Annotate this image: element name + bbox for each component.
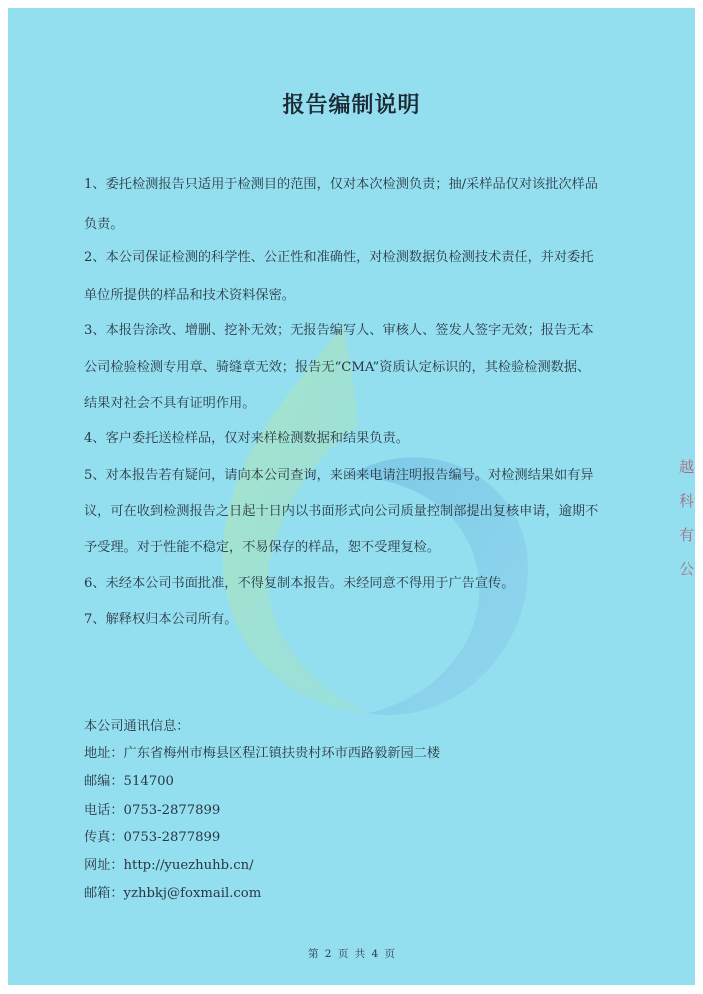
red-seal-fragment: 越 科 有 公 <box>679 450 695 590</box>
clause-2-line-2: 单位所提供的样品和技术资料保密。 <box>84 284 295 303</box>
contact-postcode: 邮编：514700 <box>84 770 174 789</box>
clause-1-line-2: 负责。 <box>84 213 124 232</box>
clause-5-line-1: 5、对本报告若有疑问，请向本公司查询，来函来电请注明报告编号。对检测结果如有异 <box>84 464 594 483</box>
clause-2-line-1: 2、本公司保证检测的科学性、公正性和准确性，对检测数据负检测技术责任，并对委托 <box>84 246 594 265</box>
document-page: 报告编制说明 1、委托检测报告只适用于检测目的范围，仅对本次检测负责；抽/采样品… <box>8 8 695 985</box>
contact-fax: 传真：0753-2877899 <box>84 826 220 845</box>
clause-5-line-3: 予受理。对于性能不稳定，不易保存的样品，恕不受理复检。 <box>84 536 440 555</box>
clause-3-line-1: 3、本报告涂改、增删、挖补无效；无报告编写人、审核人、签发人签字无效；报告无本 <box>84 319 594 338</box>
document-title: 报告编制说明 <box>8 88 695 119</box>
clause-7-line-1: 7、解释权归本公司所有。 <box>84 608 237 627</box>
contact-phone: 电话：0753-2877899 <box>84 799 220 818</box>
contact-address: 地址：广东省梅州市梅县区程江镇扶贵村环市西路毅新园二楼 <box>84 742 440 761</box>
clause-5-line-2: 议，可在收到检测报告之日起十日内以书面形式向公司质量控制部提出复核申请，逾期不 <box>84 500 598 519</box>
contact-email: 邮箱：yzhbkj@foxmail.com <box>84 882 261 901</box>
clause-3-line-3: 结果对社会不具有证明作用。 <box>84 392 255 411</box>
clause-4-line-1: 4、客户委托送检样品，仅对来样检测数据和结果负责。 <box>84 427 409 446</box>
page-number: 第 2 页 共 4 页 <box>8 946 695 961</box>
clause-1-line-1: 1、委托检测报告只适用于检测目的范围，仅对本次检测负责；抽/采样品仅对该批次样品 <box>84 173 598 192</box>
contact-heading: 本公司通讯信息： <box>84 715 190 734</box>
contact-website: 网址：http://yuezhuhb.cn/ <box>84 854 254 873</box>
page-margin <box>695 0 703 994</box>
clause-6-line-1: 6、未经本公司书面批准，不得复制本报告。未经同意不得用于广告宣传。 <box>84 572 514 591</box>
clause-3-line-2: 公司检验检测专用章、骑缝章无效；报告无“CMA”资质认定标识的，其检验检测数据、 <box>84 356 590 375</box>
